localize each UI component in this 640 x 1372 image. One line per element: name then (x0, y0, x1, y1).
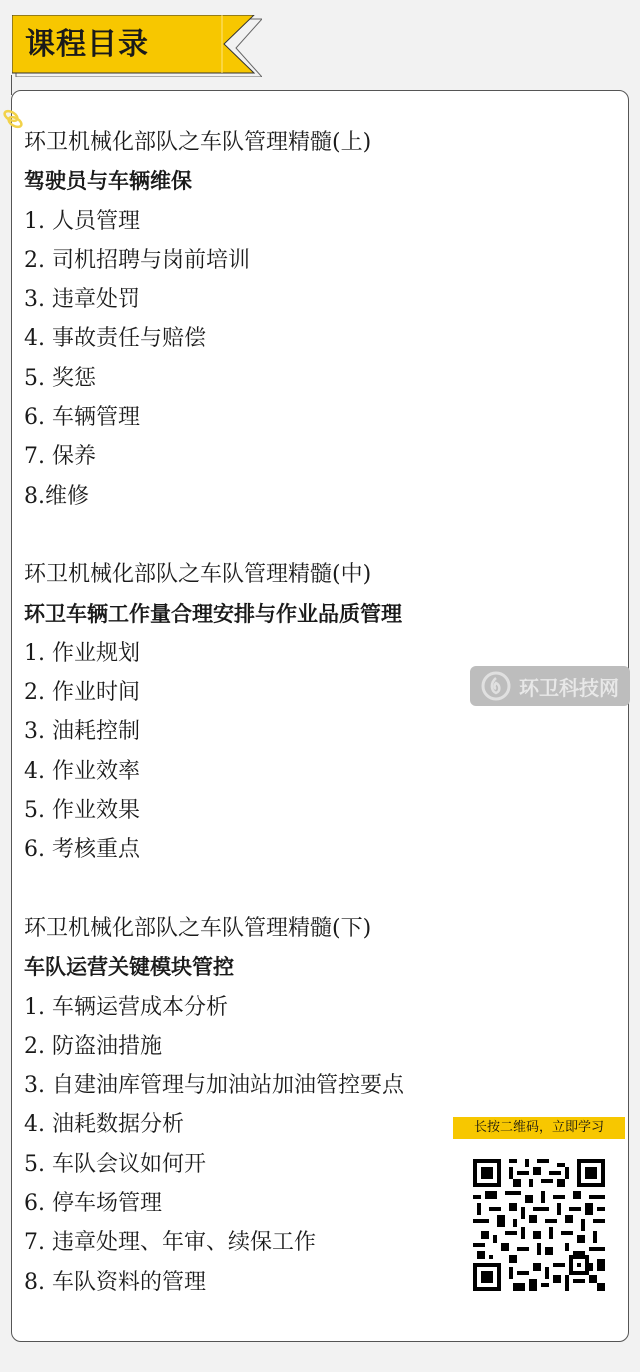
section-heading: 车队运营关键模块管控 (24, 948, 464, 987)
list-item: 1. 车辆运营成本分析 (24, 988, 464, 1027)
list-item: 2. 防盗油措施 (24, 1027, 464, 1066)
section-heading: 驾驶员与车辆维保 (24, 162, 464, 201)
list-item: 7. 违章处理、年审、续保工作 (24, 1223, 464, 1262)
catalog-content: 环卫机械化部队之车队管理精髓(上) 驾驶员与车辆维保 1. 人员管理 2. 司机… (24, 123, 464, 1302)
section-subtitle: 环卫机械化部队之车队管理精髓(中) (24, 555, 464, 594)
list-item: 5. 奖惩 (24, 359, 464, 398)
list-item: 3. 油耗控制 (24, 712, 464, 751)
list-item: 1. 人员管理 (24, 202, 464, 241)
section-upper: 环卫机械化部队之车队管理精髓(上) 驾驶员与车辆维保 1. 人员管理 2. 司机… (24, 123, 464, 516)
list-item: 4. 油耗数据分析 (24, 1105, 464, 1144)
qr-caption: 长按二维码，立即学习 (453, 1117, 625, 1139)
list-item: 6. 车辆管理 (24, 398, 464, 437)
watermark: 环卫科技网 (470, 666, 630, 706)
list-item: 8. 车队资料的管理 (24, 1263, 464, 1302)
list-item: 1. 作业规划 (24, 634, 464, 673)
divider (11, 75, 12, 95)
qr-code-icon[interactable] (473, 1158, 605, 1292)
header-banner: 课程目录 (12, 15, 260, 75)
spacer (24, 516, 464, 555)
list-item: 8.维修 (24, 477, 464, 516)
list-item: 5. 车队会议如何开 (24, 1145, 464, 1184)
list-item: 6. 考核重点 (24, 830, 464, 869)
list-item: 4. 作业效率 (24, 752, 464, 791)
spacer (24, 870, 464, 909)
section-heading: 环卫车辆工作量合理安排与作业品质管理 (24, 595, 464, 634)
section-lower: 环卫机械化部队之车队管理精髓(下) 车队运营关键模块管控 1. 车辆运营成本分析… (24, 909, 464, 1302)
logo-icon (481, 671, 511, 701)
page-title: 课程目录 (25, 23, 149, 67)
watermark-text: 环卫科技网 (519, 672, 619, 701)
section-middle: 环卫机械化部队之车队管理精髓(中) 环卫车辆工作量合理安排与作业品质管理 1. … (24, 555, 464, 869)
list-item: 2. 作业时间 (24, 673, 464, 712)
list-item: 4. 事故责任与赔偿 (24, 319, 464, 358)
paperclip-icon (2, 108, 24, 130)
section-subtitle: 环卫机械化部队之车队管理精髓(下) (24, 909, 464, 948)
list-item: 3. 自建油库管理与加油站加油管控要点 (24, 1066, 464, 1105)
section-subtitle: 环卫机械化部队之车队管理精髓(上) (24, 123, 464, 162)
list-item: 7. 保养 (24, 437, 464, 476)
list-item: 3. 违章处罚 (24, 280, 464, 319)
list-item: 2. 司机招聘与岗前培训 (24, 241, 464, 280)
list-item: 6. 停车场管理 (24, 1184, 464, 1223)
list-item: 5. 作业效果 (24, 791, 464, 830)
